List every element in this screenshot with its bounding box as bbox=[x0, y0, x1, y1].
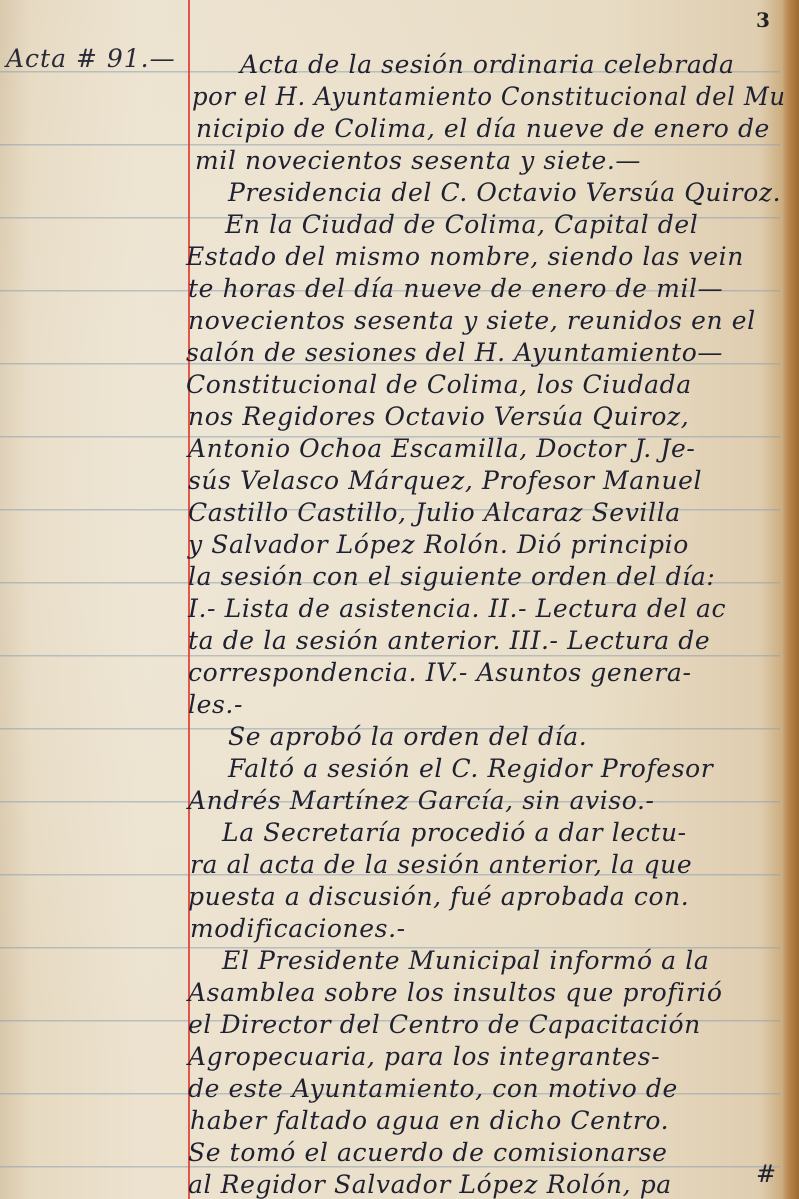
handwritten-line: Se tomó el acuerdo de comisionarse bbox=[188, 1138, 668, 1168]
handwritten-line: Andrés Martínez García, sin aviso.- bbox=[188, 786, 655, 816]
handwritten-line: y Salvador López Rolón. Dió principio bbox=[188, 530, 689, 560]
handwritten-line: Castillo Castillo, Julio Alcaraz Sevilla bbox=[188, 498, 681, 528]
handwritten-line: Agropecuaria, para los integrantes- bbox=[188, 1042, 660, 1072]
handwritten-line: les.- bbox=[188, 690, 243, 720]
continuation-mark: # bbox=[756, 1160, 776, 1188]
handwritten-line: Faltó a sesión el C. Regidor Profesor bbox=[228, 754, 713, 784]
handwritten-line: Constitucional de Colima, los Ciudada bbox=[186, 370, 692, 400]
handwritten-line: al Regidor Salvador López Rolón, pa bbox=[188, 1170, 672, 1199]
handwritten-line: ra al acta de la sesión anterior, la que bbox=[190, 850, 692, 880]
handwritten-line: En la Ciudad de Colima, Capital del bbox=[225, 210, 698, 240]
handwritten-line: La Secretaría procedió a dar lectu- bbox=[222, 818, 687, 848]
handwritten-line: ta de la sesión anterior. III.- Lectura … bbox=[188, 626, 710, 656]
handwritten-line: haber faltado agua en dicho Centro. bbox=[190, 1106, 669, 1136]
handwritten-line: Acta de la sesión ordinaria celebrada bbox=[240, 50, 734, 80]
handwritten-line: Antonio Ochoa Escamilla, Doctor J. Je- bbox=[188, 434, 695, 464]
handwritten-line: sús Velasco Márquez, Profesor Manuel bbox=[188, 466, 702, 496]
margin-note-acta-number: Acta # 91.— bbox=[6, 44, 176, 73]
ledger-page: 3 Acta # 91.— Acta de la sesión ordinari… bbox=[0, 0, 799, 1199]
handwritten-line: nos Regidores Octavio Versúa Quiroz, bbox=[188, 402, 689, 432]
handwritten-line: Asamblea sobre los insultos que profirió bbox=[188, 978, 723, 1008]
handwritten-line: el Director del Centro de Capacitación bbox=[188, 1010, 701, 1040]
handwritten-line: la sesión con el siguiente orden del día… bbox=[188, 562, 715, 592]
handwritten-line: Estado del mismo nombre, siendo las vein bbox=[186, 242, 744, 272]
handwritten-line: puesta a discusión, fué aprobada con. bbox=[188, 882, 689, 912]
page-number: 3 bbox=[756, 8, 770, 32]
handwritten-line: nicipio de Colima, el día nueve de enero… bbox=[196, 114, 770, 144]
handwritten-line: Se aprobó la orden del día. bbox=[228, 722, 587, 752]
handwritten-line: Presidencia del C. Octavio Versúa Quiroz… bbox=[228, 178, 781, 208]
handwritten-line: te horas del día nueve de enero de mil— bbox=[188, 274, 723, 304]
handwritten-line: I.- Lista de asistencia. II.- Lectura de… bbox=[188, 594, 726, 624]
page-edge bbox=[783, 0, 799, 1199]
handwritten-line: por el H. Ayuntamiento Constitucional de… bbox=[192, 82, 786, 112]
handwritten-line: modificaciones.- bbox=[190, 914, 406, 944]
handwritten-line: mil novecientos sesenta y siete.— bbox=[195, 146, 641, 176]
handwritten-line: novecientos sesenta y siete, reunidos en… bbox=[188, 306, 756, 336]
handwritten-line: de este Ayuntamiento, con motivo de bbox=[188, 1074, 678, 1104]
handwritten-line: El Presidente Municipal informó a la bbox=[222, 946, 709, 976]
handwritten-line: salón de sesiones del H. Ayuntamiento— bbox=[186, 338, 723, 368]
handwritten-line: correspondencia. IV.- Asuntos genera- bbox=[188, 658, 692, 688]
